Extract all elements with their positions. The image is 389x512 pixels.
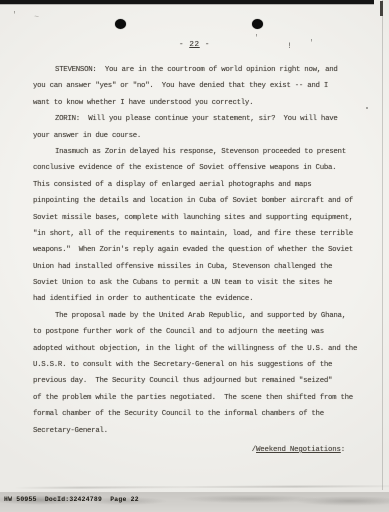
pencil-mark: ' (12, 12, 17, 20)
text-line: This consisted of a display of enlarged … (33, 177, 367, 193)
punch-hole-right (252, 19, 263, 29)
continuation-colon: : (341, 446, 345, 454)
text-line: STEVENSON: You are in the courtroom of w… (33, 62, 367, 78)
text-line: weapons." When Zorin's reply again evade… (33, 242, 367, 258)
text-line: Union had installed offensive missiles i… (33, 259, 367, 275)
scan-smudge-line (14, 485, 389, 489)
text-line: pinpointing the details and location in … (33, 193, 367, 209)
page-number-value: 22 (189, 41, 199, 49)
paragraph: The proposal made by the United Arab Rep… (33, 308, 367, 439)
page-number-dash-left: - (179, 41, 189, 49)
text-line: had identified in order to authenticate … (33, 291, 367, 307)
scan-top-edge-shadow (0, 4, 374, 5)
page-number-dash-right: - (200, 41, 210, 49)
paragraph: ZORIN: Will you please continue your sta… (33, 111, 367, 144)
continuation-text: Weekend Negotiations (256, 446, 341, 454)
text-line: your answer in due course. (33, 128, 367, 144)
paragraph: Inasmuch as Zorin delayed his response, … (33, 144, 367, 308)
text-line: previous day. The Security Council thus … (33, 373, 367, 389)
text-line: Secretary-General. (33, 423, 367, 439)
scan-right-edge-line (382, 0, 383, 490)
text-line: formal chamber of the Security Council t… (33, 406, 367, 422)
text-line: you can answer "yes" or "no". You have d… (33, 78, 367, 94)
text-line: of the problem while the parties negotia… (33, 390, 367, 406)
text-line: adopted without objection, in the light … (33, 341, 367, 357)
text-line: want to know whether I have understood y… (33, 95, 367, 111)
document-body: STEVENSON: You are in the courtroom of w… (33, 62, 367, 439)
text-line: conclusive evidence of the existence of … (33, 160, 367, 176)
continuation-note: /Weekend Negotiations: (252, 446, 345, 454)
punch-hole-left (115, 19, 126, 29)
paragraph: STEVENSON: You are in the courtroom of w… (33, 62, 367, 111)
text-line: to postpone further work of the Council … (33, 324, 367, 340)
text-line: U.S.S.R. to consult with the Secretary-G… (33, 357, 367, 373)
page-number: - 22 - (0, 41, 389, 49)
archive-reference-footer: HW 50955 DocId:32424789 Page 22 (4, 496, 139, 503)
text-line: Inasmuch as Zorin delayed his response, … (33, 144, 367, 160)
text-line: "in short, all of the requirements to ma… (33, 226, 367, 242)
text-line: ZORIN: Will you please continue your sta… (33, 111, 367, 127)
scan-right-edge-mark (380, 1, 383, 16)
text-line: Soviet Union to ask the Cubans to permit… (33, 275, 367, 291)
scanned-document-page: ' ~ ' ! ' - 22 - STEVENSON: You are in t… (0, 0, 389, 512)
text-line: Soviet missile bases, complete with laun… (33, 210, 367, 226)
pencil-mark: ~ (33, 14, 39, 23)
text-line: The proposal made by the United Arab Rep… (33, 308, 367, 324)
